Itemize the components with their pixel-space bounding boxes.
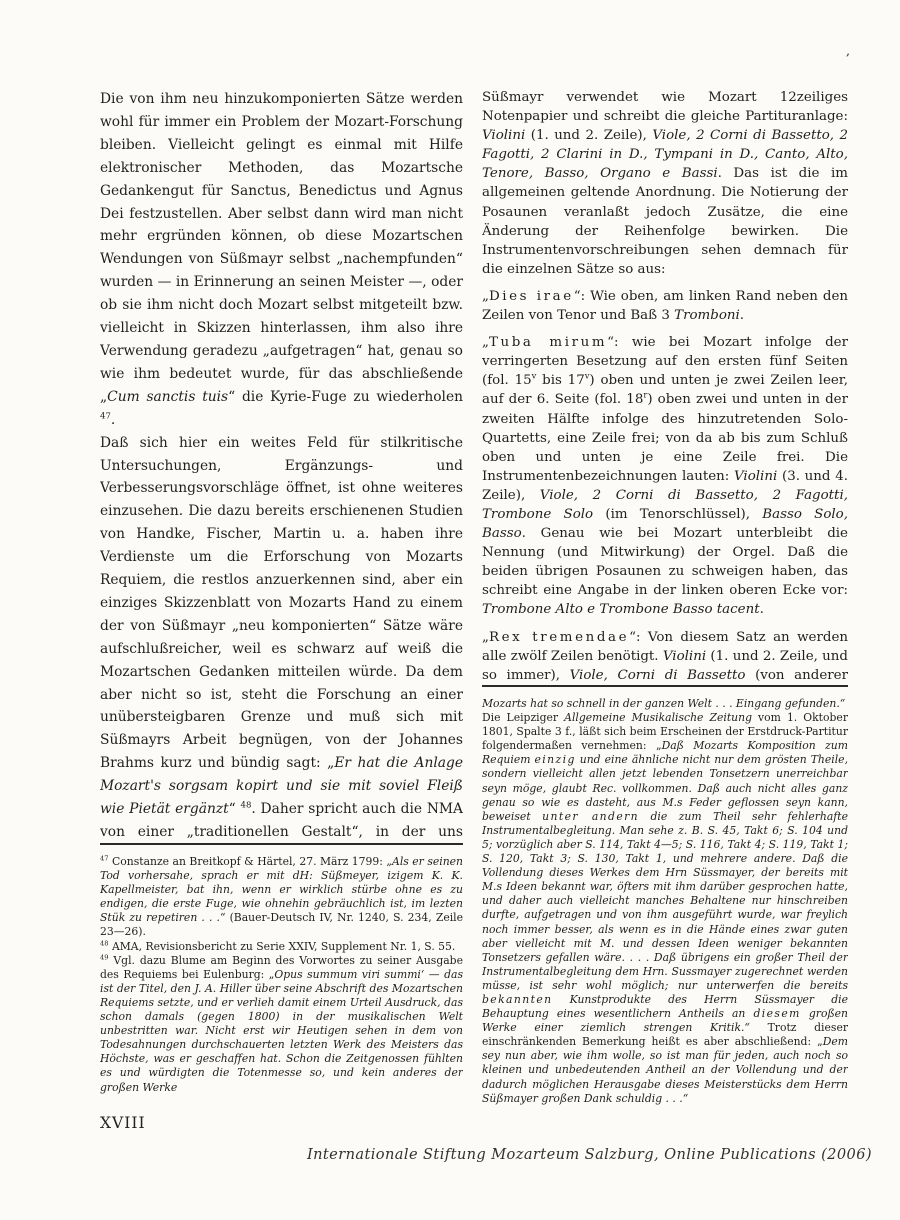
superscript-reference: 48: [100, 939, 109, 947]
paragraph: „Dies irae“: Wie oben, am linken Rand ne…: [482, 287, 848, 325]
text-segment: Rex tremendae: [489, 630, 629, 645]
text-segment: Violini: [482, 128, 525, 143]
text-segment: Tromboni: [674, 308, 740, 323]
text-segment: die zum Theil sehr fehlerhafte Instrumen…: [482, 810, 848, 992]
paragraph: 48 AMA, Revisionsbericht zu Serie XXIV, …: [100, 940, 463, 954]
superscript-reference: 47: [100, 854, 109, 862]
text-segment: Die Leipziger: [482, 711, 564, 724]
text-segment: . Genau wie bei Mozart unterbleibt die N…: [482, 526, 848, 598]
text-segment: Violini: [663, 649, 706, 664]
text-segment: Viole, Corni di Bassetto: [570, 668, 746, 683]
text-segment: Tuba mirum: [489, 335, 607, 350]
text-segment: Dies irae: [489, 289, 574, 304]
text-segment: Cum sanctis tuis: [107, 389, 228, 405]
right-column-body-text: Süßmayr verwendet wie Mozart 12zeiliges …: [482, 88, 848, 684]
text-segment: AMA, Revisionsbericht zu Serie XXIV, Sup…: [109, 940, 456, 953]
text-segment: Daß sich hier ein weites Feld für stilkr…: [100, 435, 463, 772]
superscript-reference: 49: [100, 953, 109, 961]
publication-credit-line: Internationale Stiftung Mozarteum Salzbu…: [307, 1146, 872, 1163]
text-segment: . Das ist die im allgemeinen geltende An…: [482, 166, 848, 276]
text-segment: Opus summum viri summi‘ — das ist der Ti…: [100, 968, 463, 1094]
text-segment: (im Tenorschlüssel),: [593, 507, 762, 522]
text-segment: unter andern: [542, 810, 639, 823]
text-segment: Die von ihm neu hinzukomponierten Sätze …: [100, 91, 463, 405]
page-number: XVIII: [100, 1114, 146, 1132]
text-segment: Constanze an Breitkopf & Härtel, 27. Mär…: [109, 855, 393, 868]
text-segment: Allgemeine Musikalische Zeitung: [564, 711, 752, 724]
text-segment: “ die Kyrie-Fuge zu wiederholen: [228, 389, 463, 405]
left-column-body-text: Die von ihm neu hinzukomponierten Sätze …: [100, 88, 463, 840]
text-segment: „: [482, 335, 489, 350]
paragraph: 49 Vgl. dazu Blume am Beginn des Vorwort…: [100, 954, 463, 1095]
superscript-reference: 48: [241, 801, 252, 811]
text-segment: „: [482, 289, 489, 304]
paragraph: Die von ihm neu hinzukomponierten Sätze …: [100, 88, 463, 432]
text-segment: .: [760, 602, 764, 617]
paragraph: Süßmayr verwendet wie Mozart 12zeiliges …: [482, 88, 848, 279]
text-segment: einzig: [535, 753, 576, 766]
text-segment: .: [740, 308, 744, 323]
text-segment: bekannten: [482, 993, 552, 1006]
text-segment: .: [111, 412, 115, 428]
scanned-book-page: { "page": { "number": "XVIII", "credit":…: [0, 0, 900, 1220]
text-segment: (1. und 2. Zeile),: [525, 128, 652, 143]
paragraph: Die Leipziger Allgemeine Musikalische Ze…: [482, 711, 848, 1106]
text-segment: Mozarts hat so schnell in der ganzen Wel…: [482, 697, 845, 710]
text-segment: “: [229, 801, 241, 817]
left-column-footnotes: 47 Constanze an Breitkopf & Härtel, 27. …: [100, 843, 463, 1117]
superscript-reference: 47: [100, 411, 111, 421]
text-segment: bis 17: [536, 373, 584, 388]
text-segment: Trombone Alto e Trombone Basso tacent: [482, 602, 760, 617]
text-segment: diesem: [753, 1007, 800, 1020]
text-segment: Violini: [734, 469, 777, 484]
paragraph: 47 Constanze an Breitkopf & Härtel, 27. …: [100, 855, 463, 940]
right-column-footnotes-continuation: Mozarts hat so schnell in der ganzen Wel…: [482, 685, 848, 1125]
paragraph: Mozarts hat so schnell in der ganzen Wel…: [482, 697, 848, 711]
text-segment: Süßmayr verwendet wie Mozart 12zeiliges …: [482, 90, 848, 124]
paragraph: Daß sich hier ein weites Feld für stilkr…: [100, 432, 463, 840]
text-segment: „: [482, 630, 489, 645]
paragraph: „Rex tremendae“: Von diesem Satz an werd…: [482, 628, 848, 684]
scan-artifact-mark: ’: [844, 52, 850, 67]
paragraph: „Tuba mirum“: wie bei Mozart infolge der…: [482, 333, 848, 619]
